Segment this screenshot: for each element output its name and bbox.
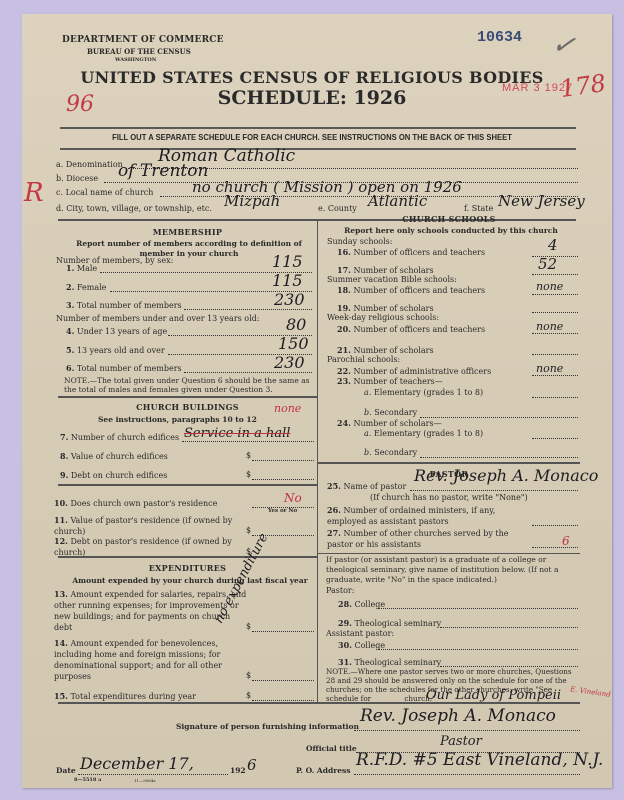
q26-label: 26. Number of ordained ministers, if any… <box>327 505 527 527</box>
see-schedule-church-field[interactable]: Our Lady of Pompeii <box>426 688 561 703</box>
q9-label: 9. Debt on church edifices <box>60 470 167 480</box>
form-instruction: FILL OUT A SEPARATE SCHEDULE FOR EACH CH… <box>31 132 593 142</box>
po-address-line <box>354 774 580 775</box>
denomination-label: a. Denomination <box>56 160 123 169</box>
q23a-label: a. Elementary (grades 1 to 8) <box>364 388 483 397</box>
q24b-label: b. Secondary <box>364 448 417 457</box>
city-field[interactable]: Mizpah <box>224 192 280 210</box>
form-code-2: 11—9084a <box>134 778 156 783</box>
q27-line <box>532 547 578 548</box>
q15-label: 15. Total expenditures during year <box>54 691 196 701</box>
q7-label: 7. Number of church edifices <box>60 432 179 442</box>
q23b-secondary-teachers-field[interactable] <box>420 417 578 418</box>
date-year-prefix: 192 <box>230 766 246 775</box>
official-title-field[interactable]: Pastor <box>440 734 482 749</box>
q21-weekday-scholars-field[interactable] <box>532 354 578 355</box>
q29-seminary-field[interactable] <box>440 627 578 628</box>
weekday-schools-label: Week-day religious schools: <box>327 313 439 322</box>
pastor-divider <box>318 553 580 554</box>
po-address-label: P. O. Address <box>296 766 350 775</box>
q25-pastor-name-field[interactable]: Rev. Joseph A. Monaco <box>414 466 598 485</box>
q14-amount-field[interactable] <box>252 680 314 681</box>
schools-divider <box>318 462 580 464</box>
q18-line <box>532 294 578 295</box>
q23a-elementary-teachers-field[interactable] <box>532 397 578 398</box>
q17-label: 17. Number of scholars <box>337 265 434 275</box>
q29-label: 29. Theological seminary <box>338 618 441 628</box>
q10-owns-residence-field[interactable]: No <box>284 491 302 505</box>
q31-label: 31. Theological seminary <box>338 657 441 667</box>
q14-label: 14. Amount expended for benevolences, in… <box>54 638 250 682</box>
form-code-1: 8—5518 a <box>74 777 101 783</box>
q15-dollar: $ <box>246 691 251 700</box>
q11-dollar: $ <box>246 526 251 535</box>
q22-admin-officers-field[interactable]: none <box>536 362 563 375</box>
q1-male-field[interactable]: 115 <box>272 252 303 271</box>
q7-annotation: none <box>274 402 301 415</box>
q5-over13-field[interactable]: 150 <box>278 334 309 353</box>
q25-line <box>410 490 578 491</box>
q14-dollar: $ <box>246 671 251 680</box>
q9-debt-field[interactable] <box>252 479 314 480</box>
state-field[interactable]: New Jersey <box>498 192 585 210</box>
q11-label: 11. Value of pastor's residence (if owne… <box>54 515 244 537</box>
state-label: f. State <box>464 204 493 213</box>
schools-subhead: Report here only schools conducted by th… <box>320 226 582 236</box>
q20-label: 20. Number of officers and teachers <box>337 324 485 334</box>
buildings-divider <box>58 484 317 486</box>
q23b-label: b. Secondary <box>364 408 417 417</box>
date-label: Date <box>56 766 76 775</box>
column-divider <box>317 219 318 702</box>
city-name: WASHINGTON <box>115 57 156 63</box>
summer-schools-label: Summer vacation Bible schools: <box>327 275 457 284</box>
q8-value-field[interactable] <box>252 460 314 461</box>
signature-label: Signature of person furnishing informati… <box>176 722 359 731</box>
official-title-label: Official title <box>306 744 357 753</box>
q24-label: 24. Number of scholars— <box>337 418 442 428</box>
q6-line <box>184 372 312 373</box>
q8-label: 8. Value of church edifices <box>60 451 168 461</box>
diocese-label: b. Diocese <box>56 174 98 183</box>
local-name-label: c. Local name of church <box>56 188 153 197</box>
q24a-label: a. Elementary (grades 1 to 8) <box>364 429 483 438</box>
q16-sunday-teachers-field[interactable]: 4 <box>548 236 558 254</box>
sunday-schools-label: Sunday schools: <box>327 237 392 246</box>
q17-line <box>532 274 578 275</box>
q17-sunday-scholars-field[interactable]: 52 <box>538 255 557 273</box>
q26-assistant-pastors-field[interactable] <box>532 525 578 526</box>
date-line <box>78 774 228 775</box>
q3-total-field[interactable]: 230 <box>274 290 305 309</box>
q2-label: 2. Female <box>66 282 106 292</box>
q13-dollar: $ <box>246 622 251 631</box>
membership-divider <box>58 396 317 398</box>
r-margin-mark: R <box>24 178 44 208</box>
header-rule-bottom <box>60 148 576 150</box>
q3-label: 3. Total number of members <box>66 300 182 310</box>
city-label: d. City, town, village, or township, etc… <box>56 204 212 213</box>
q19-summer-scholars-field[interactable] <box>532 312 578 313</box>
q21-label: 21. Number of scholars <box>337 345 434 355</box>
county-label: e. County <box>318 204 357 213</box>
q1-label: 1. Male <box>66 263 97 273</box>
expenditures-title: EXPENDITURES <box>58 563 317 573</box>
signature-line <box>354 730 580 731</box>
pastor-edu-label: Pastor: <box>326 586 354 595</box>
po-address-field[interactable]: R.F.D. #5 East Vineland, N.J. <box>356 750 603 770</box>
q4-label: 4. Under 13 years of age <box>66 326 167 336</box>
yes-no-hint: Yes or No <box>268 508 297 514</box>
q27-other-churches-field[interactable]: 6 <box>562 534 570 548</box>
q18-label: 18. Number of officers and teachers <box>337 285 485 295</box>
q4-under13-field[interactable]: 80 <box>286 315 306 334</box>
q10-label: 10. Does church own pastor's residence <box>54 498 217 508</box>
q7-edifices-field[interactable]: Service in a hall <box>184 426 290 441</box>
q28-college-field[interactable] <box>378 608 578 609</box>
q7-line <box>182 441 314 442</box>
q30-college-field[interactable] <box>378 649 578 650</box>
q20-line <box>532 333 578 334</box>
q23-label: 23. Number of teachers— <box>337 376 443 386</box>
q13-amount-field[interactable] <box>252 631 314 632</box>
parochial-schools-label: Parochial schools: <box>327 355 400 364</box>
q19-label: 19. Number of scholars <box>337 303 434 313</box>
q8-dollar: $ <box>246 451 251 460</box>
q12-label: 12. Debt on pastor's residence (if owned… <box>54 536 244 558</box>
membership-note: NOTE.—The total given under Question 6 s… <box>64 376 316 394</box>
header-rule-top <box>60 127 576 129</box>
department-name: DEPARTMENT OF COMMERCE <box>62 35 224 45</box>
q16-label: 16. Number of officers and teachers <box>337 247 485 257</box>
residence-divider <box>58 556 317 558</box>
church-schools-title: CHURCH SCHOOLS <box>318 214 580 224</box>
graduate-note: If pastor (or assistant pastor) is a gra… <box>326 555 582 585</box>
form-title: UNITED STATES CENSUS OF RELIGIOUS BODIES <box>0 68 624 87</box>
q22-line <box>532 375 578 376</box>
county-field[interactable]: Atlantic <box>368 192 427 210</box>
q5-label: 5. 13 years old and over <box>66 345 165 355</box>
q24b-secondary-scholars-field[interactable] <box>420 457 578 458</box>
buildings-see-instructions: See instructions, paragraphs 10 to 12 <box>98 415 278 425</box>
signature-field[interactable]: Rev. Joseph A. Monaco <box>360 706 556 726</box>
q22-label: 22. Number of administrative officers <box>337 366 491 376</box>
date-year-field[interactable]: 6 <box>247 756 257 774</box>
assistant-edu-label: Assistant pastor: <box>326 629 394 638</box>
q24a-elementary-scholars-field[interactable] <box>532 438 578 439</box>
q25-hint: (If church has no pastor, write "None") <box>370 493 528 502</box>
membership-title: MEMBERSHIP <box>58 227 317 237</box>
q3-line <box>184 309 312 310</box>
age-group-label: Number of members under and over 13 year… <box>56 314 259 323</box>
serial-number-stamp: 10634 <box>477 29 522 46</box>
q27-label: 27. Number of other churches served by t… <box>327 528 527 550</box>
form-subtitle: SCHEDULE: 1926 <box>0 87 624 109</box>
bureau-name: BUREAU OF THE CENSUS <box>87 47 191 56</box>
q20-weekday-teachers-field[interactable]: none <box>536 320 563 333</box>
q18-summer-teachers-field[interactable]: none <box>536 280 563 293</box>
expenditures-subhead: Amount expended by your church during la… <box>60 576 320 586</box>
q6-total-field[interactable]: 230 <box>274 353 305 372</box>
q2-female-field[interactable]: 115 <box>272 271 303 290</box>
q25-label: 25. Name of pastor <box>327 481 406 491</box>
q9-dollar: $ <box>246 470 251 479</box>
footer-divider <box>58 702 580 704</box>
q6-label: 6. Total number of members <box>66 363 182 373</box>
date-field[interactable]: December 17, <box>80 754 194 773</box>
q15-total-field[interactable] <box>252 700 314 701</box>
